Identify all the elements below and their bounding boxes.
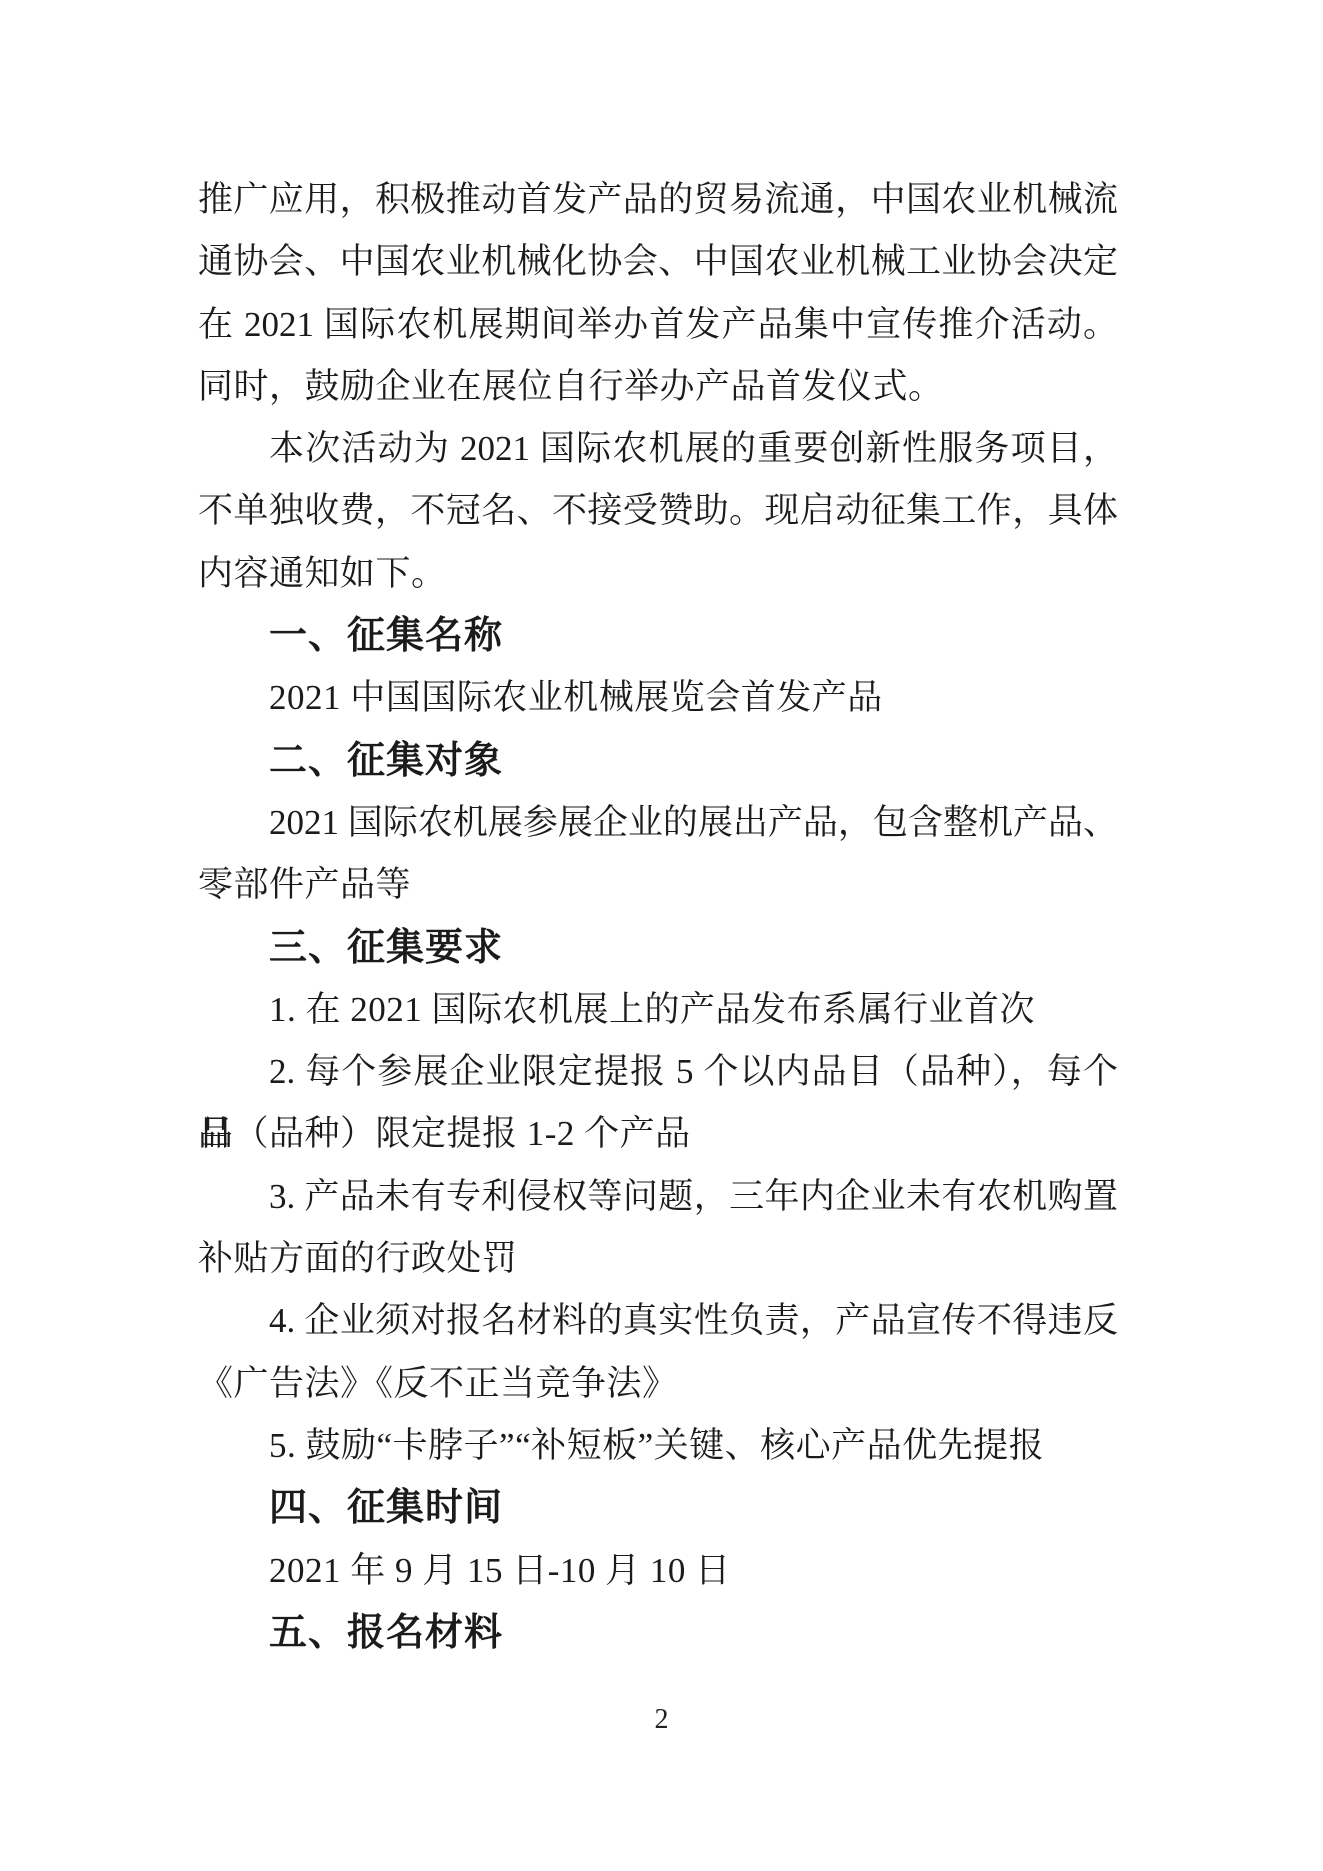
list-item-5: 5. 鼓励“卡脖子”“补短板”关键、核心产品优先提报 [198,1415,1118,1477]
text-line: 推广应用，积极推动首发产品的贸易流通，中国农业机械流 [198,169,1118,231]
section-heading-application-materials: 五、报名材料 [198,1602,1118,1664]
list-item-2: 2. 每个参展企业限定提报 5 个以内品目（品种），每个品 [198,1041,1118,1103]
text-line: 在 2021 国际农机展期间举办首发产品集中宣传推介活动。 [198,294,1118,356]
section-heading-collection-target: 二、征集对象 [198,730,1118,792]
text-line: 《广告法》《反不正当竞争法》 [198,1353,1118,1415]
section-heading-collection-name: 一、征集名称 [198,605,1118,667]
paragraph-first-line: 本次活动为 2021 国际农机展的重要创新性服务项目， [198,418,1118,480]
document-body: 推广应用，积极推动首发产品的贸易流通，中国农业机械流 通协会、中国农业机械化协会… [198,169,1118,1664]
text-line: 内容通知如下。 [198,543,1118,605]
text-line: 2021 中国国际农业机械展览会首发产品 [198,667,1118,729]
text-line: 通协会、中国农业机械化协会、中国农业机械工业协会决定 [198,231,1118,293]
section-heading-requirements: 三、征集要求 [198,917,1118,979]
document-page: 推广应用，积极推动首发产品的贸易流通，中国农业机械流 通协会、中国农业机械化协会… [0,0,1323,1871]
text-line: 目（品种）限定提报 1-2 个产品 [198,1103,1118,1165]
collection-date-range: 2021 年 9 月 15 日-10 月 10 日 [198,1540,1118,1602]
paragraph-first-line: 2021 国际农机展参展企业的展出产品，包含整机产品、 [198,792,1118,854]
text-line: 不单独收费，不冠名、不接受赞助。现启动征集工作，具体 [198,480,1118,542]
list-item-4: 4. 企业须对报名材料的真实性负责，产品宣传不得违反 [198,1290,1118,1352]
text-line: 同时，鼓励企业在展位自行举办产品首发仪式。 [198,356,1118,418]
page-number: 2 [0,1704,1323,1736]
text-line: 补贴方面的行政处罚 [198,1228,1118,1290]
list-item-1: 1. 在 2021 国际农机展上的产品发布系属行业首次 [198,979,1118,1041]
text-line: 零部件产品等 [198,854,1118,916]
list-item-3: 3. 产品未有专利侵权等问题，三年内企业未有农机购置 [198,1166,1118,1228]
section-heading-collection-time: 四、征集时间 [198,1477,1118,1539]
